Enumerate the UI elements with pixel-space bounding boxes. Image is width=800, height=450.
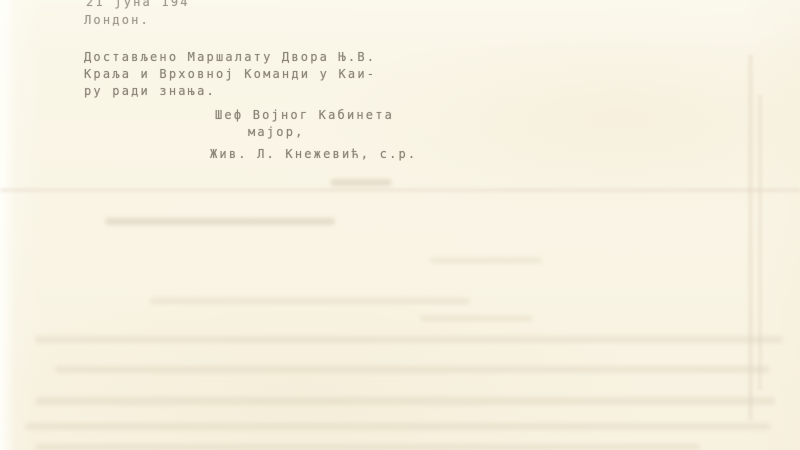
letter-body-line-3: ру ради знања. (84, 84, 216, 98)
fold-crease (0, 187, 800, 194)
letter-place: Лондон. (84, 13, 150, 27)
bleed-through-line (150, 298, 470, 304)
paper-streak (748, 55, 753, 420)
letter-body-line-2: Краља и Врховној Команди у Каи- (84, 67, 376, 81)
signature-title: Шеф Војног Кабинета (215, 108, 394, 122)
bleed-through-line (430, 258, 542, 263)
page-left-edge (0, 0, 15, 450)
signature-rank: мајор, (248, 125, 305, 139)
bleed-through-line (105, 218, 335, 225)
bleed-through-line (55, 366, 770, 373)
paper-streak (758, 95, 762, 390)
bleed-through-line (35, 444, 700, 450)
letter-body-line-1: Достављено Маршалату Двора Њ.В. (84, 50, 376, 64)
bleed-through-smudge (330, 179, 392, 186)
bleed-through-line (420, 316, 532, 321)
bleed-through-line (35, 336, 783, 343)
signature-name: Жив. Л. Кнежевић, с.р. (210, 147, 417, 161)
bleed-through-line (25, 423, 770, 430)
scanned-letter-page: 21 јуна 194 Лондон. Достављено Маршалату… (0, 0, 800, 450)
bleed-through-line (35, 397, 775, 405)
letter-date: 21 јуна 194 (86, 0, 190, 9)
